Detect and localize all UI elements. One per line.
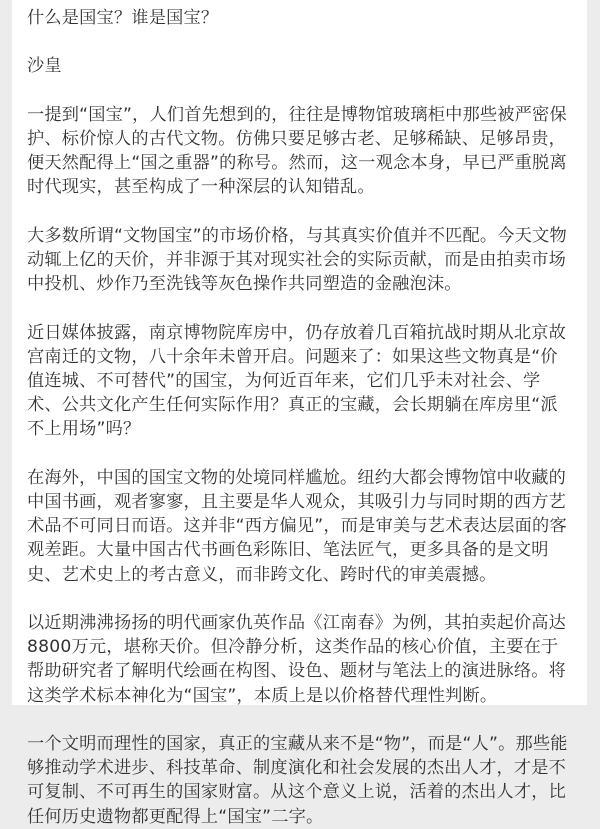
paragraph-4: 在海外，中国的国宝文物的处境同样尴尬。纽约大都会博物馆中收藏的中国书画，观者寥寥… (27, 466, 573, 587)
paragraph-3: 近日媒体披露，南京博物院库房中，仍存放着几百箱抗战时期从北京故宫南迁的文物，八十… (27, 321, 573, 442)
paragraph-5: 以近期沸沸扬扬的明代画家仇英作品《江南春》为例，其拍卖起价高达8800万元，堪称… (27, 611, 573, 705)
paragraph-2: 大多数所谓“文物国宝”的市场价格，与其真实价值并不匹配。今天文物动辄上亿的天价，… (27, 224, 573, 297)
paragraph-1: 一提到“国宝”，人们首先想到的，往往是博物馆玻璃柜中那些被严密保护、标价惊人的古… (27, 103, 573, 200)
article-title: 什么是国宝？谁是国宝？ (27, 6, 573, 30)
article-author: 沙皇 (27, 54, 573, 78)
article-panel: 什么是国宝？谁是国宝？ 沙皇 一提到“国宝”，人们首先想到的，往往是博物馆玻璃柜… (12, 0, 587, 705)
